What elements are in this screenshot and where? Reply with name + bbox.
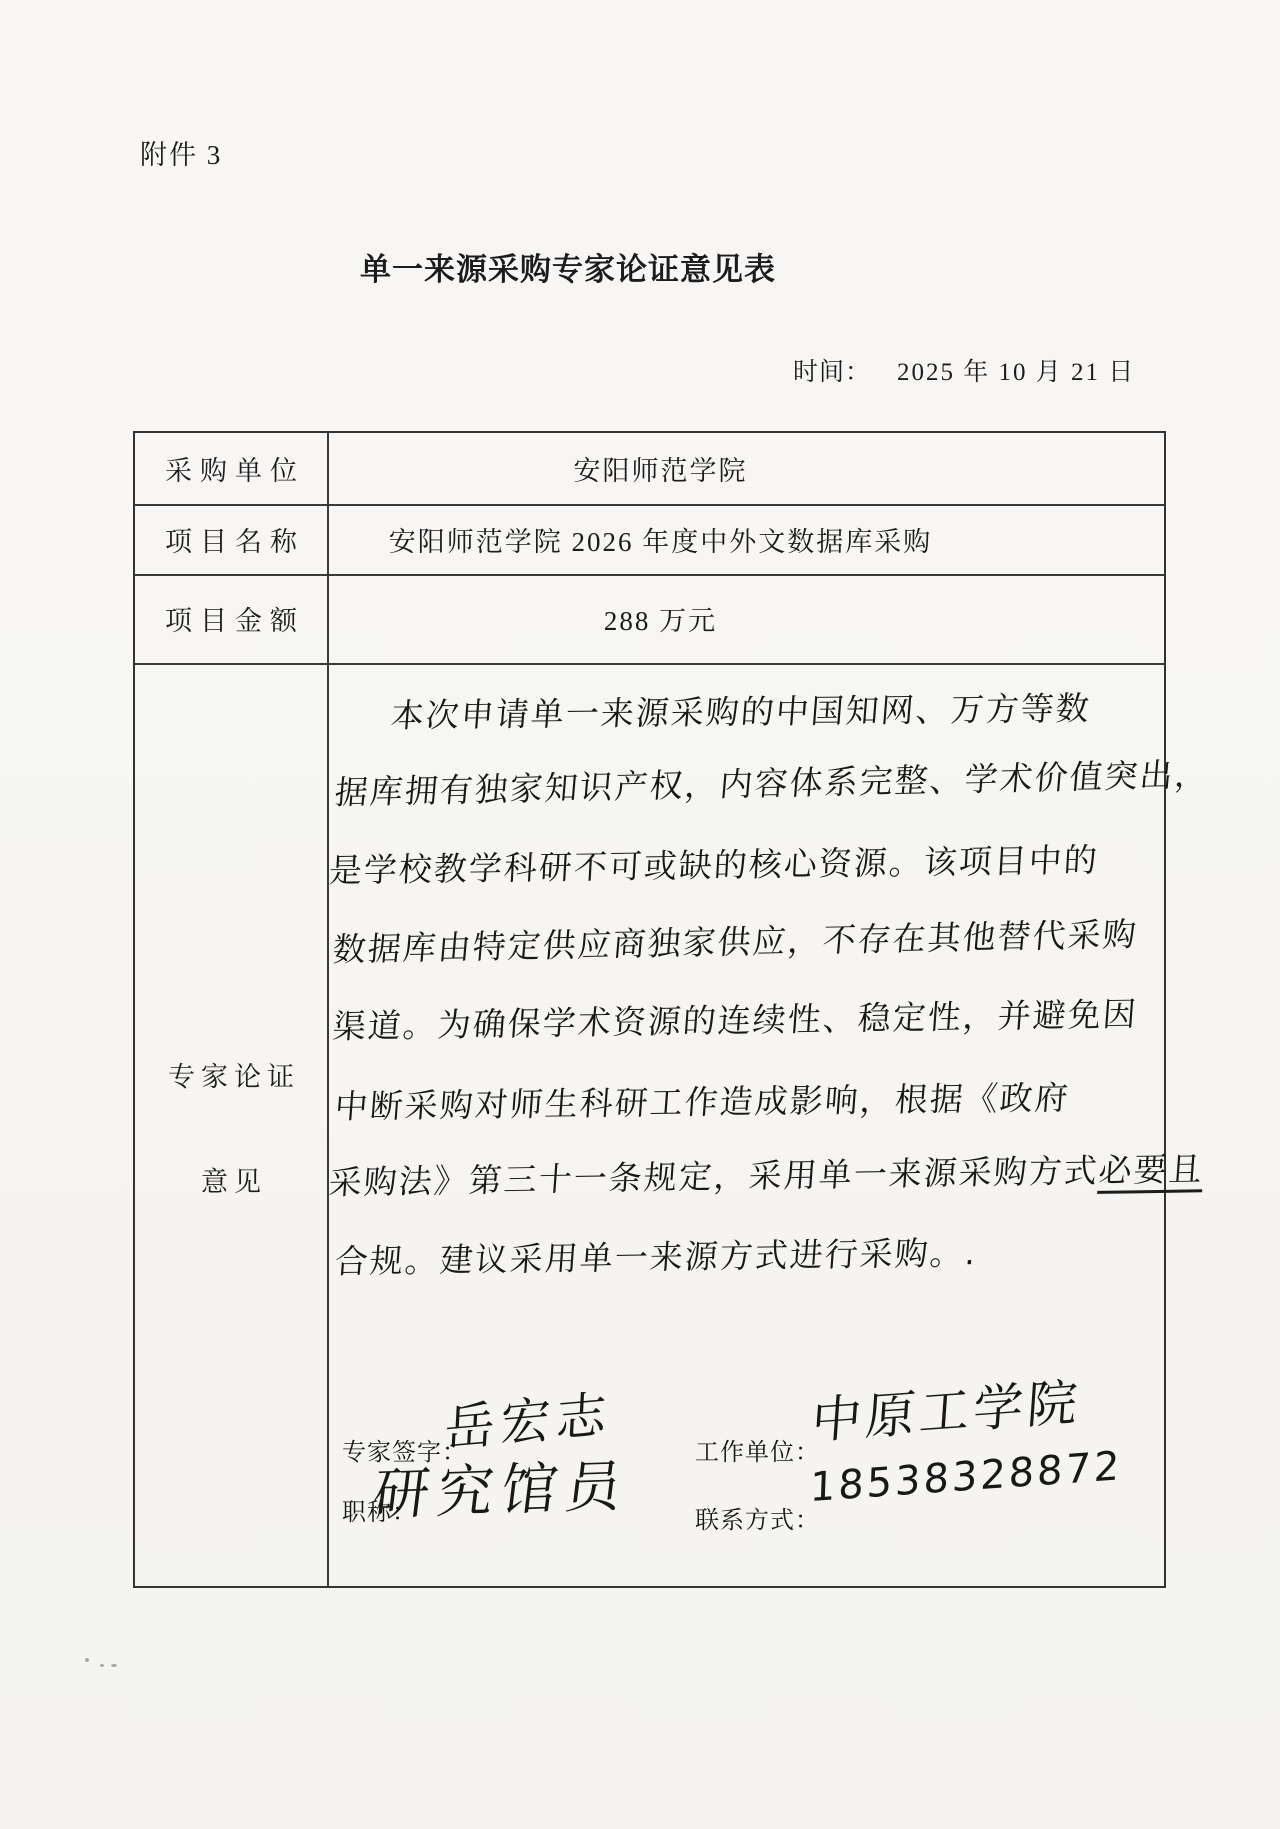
handwritten-opinion-line-7-main: 采购法》第三十一条规定，采用单一来源采购方式: [327, 1151, 1100, 1202]
table-row: 项目金额 288 万元: [135, 574, 1164, 663]
row-label-project-amount: 项目金额: [135, 574, 327, 663]
scan-speck: [100, 1664, 104, 1667]
handwritten-opinion-line-6: 中断采购对师生科研工作造成影响，根据《政府: [333, 1072, 1071, 1128]
handwritten-opinion-line-4: 数据库由特定供应商独家供应，不存在其他替代采购: [331, 909, 1140, 972]
opinion-row-label: 专家论证 意见: [135, 663, 327, 1590]
table-row-expert-opinion: 专家论证 意见 本次申请单一来源采购的中国知网、万方等数 据库拥有独家知识产权，…: [135, 663, 1164, 1590]
handwritten-opinion-line-3: 是学校教学科研不可或缺的核心资源。该项目中的: [328, 834, 1101, 892]
scan-speck: [111, 1664, 117, 1667]
row-label-purchasing-unit: 采购单位: [135, 433, 327, 504]
scanned-document-page: 附件 3 单一来源采购专家论证意见表 时间：2025 年 10 月 21 日 采…: [0, 0, 1280, 1829]
scan-speck: [85, 1658, 89, 1662]
handwritten-opinion-line-7: 采购法》第三十一条规定，采用单一来源采购方式必要且: [327, 1143, 1205, 1204]
row-value-project-name: 安阳师范学院 2026 年度中外文数据库采购: [327, 504, 1164, 574]
work-unit-label: 工作单位：: [695, 1432, 820, 1467]
opinion-content-cell: 本次申请单一来源采购的中国知网、万方等数 据库拥有独家知识产权，内容体系完整、学…: [327, 663, 1164, 1590]
table-row: 采购单位 安阳师范学院: [135, 433, 1164, 504]
attachment-label: 附件 3: [140, 133, 222, 172]
date-label: 时间：: [793, 359, 871, 386]
handwritten-opinion-line-1: 本次申请单一来源采购的中国知网、万方等数: [389, 683, 1093, 737]
handwritten-opinion-line-5: 渠道。为确保学术资源的连续性、稳定性，并避免因: [331, 988, 1139, 1048]
row-label-project-name: 项目名称: [135, 504, 327, 574]
work-unit-handwriting: 中原工学院: [809, 1362, 1083, 1453]
opinion-label-line2: 意见: [195, 1160, 267, 1199]
page-title: 单一来源采购专家论证意见表: [360, 244, 776, 289]
opinion-label-line1: 专家论证: [162, 1055, 300, 1094]
handwritten-opinion-line-7-underlined: 必要且: [1097, 1149, 1205, 1194]
row-value-purchasing-unit: 安阳师范学院: [327, 433, 1164, 504]
contact-label: 联系方式：: [695, 1500, 820, 1535]
handwritten-opinion-line-2: 据库拥有独家知识产权，内容体系完整、学术价值突出，: [333, 749, 1212, 814]
row-value-project-amount: 288 万元: [327, 574, 1164, 663]
date-value: 2025 年 10 月 21 日: [897, 359, 1135, 386]
form-table: 采购单位 安阳师范学院 项目名称 安阳师范学院 2026 年度中外文数据库采购 …: [133, 431, 1166, 1588]
table-row: 项目名称 安阳师范学院 2026 年度中外文数据库采购: [135, 504, 1164, 574]
contact-handwriting: 18538328872: [809, 1443, 1123, 1511]
date-line: 时间：2025 年 10 月 21 日: [793, 352, 1135, 388]
handwritten-opinion-line-8: 合规。建议采用单一来源方式进行采购。.: [333, 1227, 979, 1283]
job-title-handwriting: 研究馆员: [369, 1442, 635, 1531]
